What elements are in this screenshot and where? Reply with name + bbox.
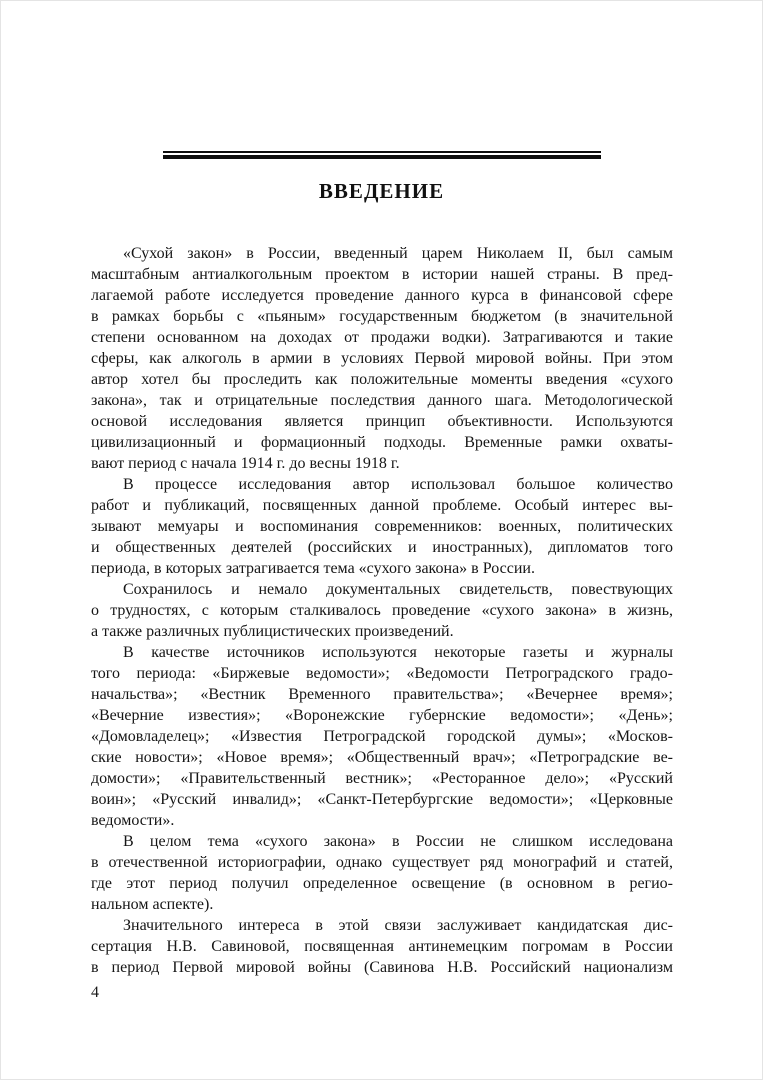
chapter-title: ВВЕДЕНИЕ [1,179,762,204]
text-line: масштабным антиалкогольным проектом в ис… [91,264,673,285]
text-line: В качестве источников используются некот… [91,642,673,663]
text-line: закона», так и отрицательные последствия… [91,390,673,411]
page-number: 4 [91,984,99,1002]
text-line: того периода: «Биржевые ведомости»; «Вед… [91,663,673,684]
text-line: ведомости». [91,810,673,831]
text-line: «Домовладелец»; «Известия Петроградской … [91,726,673,747]
text-line: в период Первой мировой войны (Савинова … [91,957,673,978]
body-text: «Сухой закон» в России, введенный царем … [91,243,673,978]
text-line: цивилизационный и формационный подходы. … [91,432,673,453]
text-line: В целом тема «сухого закона» в России не… [91,831,673,852]
text-line: «Сухой закон» в России, введенный царем … [91,243,673,264]
paragraph: «Сухой закон» в России, введенный царем … [91,243,673,474]
document-page: ВВЕДЕНИЕ «Сухой закон» в России, введенн… [0,0,763,1080]
text-line: домости»; «Правительственный вестник»; «… [91,768,673,789]
text-line: воин»; «Русский инвалид»; «Санкт-Петербу… [91,789,673,810]
text-line: о трудностях, с которым сталкивалось про… [91,600,673,621]
rule-thick-line [163,155,601,159]
text-line: работ и публикаций, посвященных данной п… [91,495,673,516]
text-line: сферы, как алкоголь в армии в условиях П… [91,348,673,369]
text-line: нальном аспекте). [91,894,673,915]
text-line: Сохранилось и немало документальных свид… [91,579,673,600]
paragraph: Сохранилось и немало документальных свид… [91,579,673,642]
rule-thin-line [163,151,601,153]
header-double-rule [163,151,601,159]
text-line: автор хотел бы проследить как положитель… [91,369,673,390]
paragraph: Значительного интереса в этой связи засл… [91,915,673,978]
paragraph: В качестве источников используются некот… [91,642,673,831]
text-line: периода, в которых затрагивается тема «с… [91,558,673,579]
paragraph: В целом тема «сухого закона» в России не… [91,831,673,915]
text-line: в отечественной историографии, однако су… [91,852,673,873]
text-line: ские новости»; «Новое время»; «Обществен… [91,747,673,768]
text-line: в рамках борьбы с «пьяным» государственн… [91,306,673,327]
text-line: лагаемой работе исследуется проведение д… [91,285,673,306]
text-line: В процессе исследования автор использова… [91,474,673,495]
paragraph: В процессе исследования автор использова… [91,474,673,579]
text-line: сертация Н.В. Савиновой, посвященная ант… [91,936,673,957]
text-line: степени основанном на доходах от продажи… [91,327,673,348]
text-line: где этот период получил определенное осв… [91,873,673,894]
text-line: вают период с начала 1914 г. до весны 19… [91,453,673,474]
text-line: зывают мемуары и воспоминания современни… [91,516,673,537]
text-line: и общественных деятелей (российских и ин… [91,537,673,558]
text-line: а также различных публицистических произ… [91,621,673,642]
text-line: основой исследования является принцип об… [91,411,673,432]
text-line: Значительного интереса в этой связи засл… [91,915,673,936]
text-line: начальства»; «Вестник Временного правите… [91,684,673,705]
text-line: «Вечерние известия»; «Воронежские губерн… [91,705,673,726]
